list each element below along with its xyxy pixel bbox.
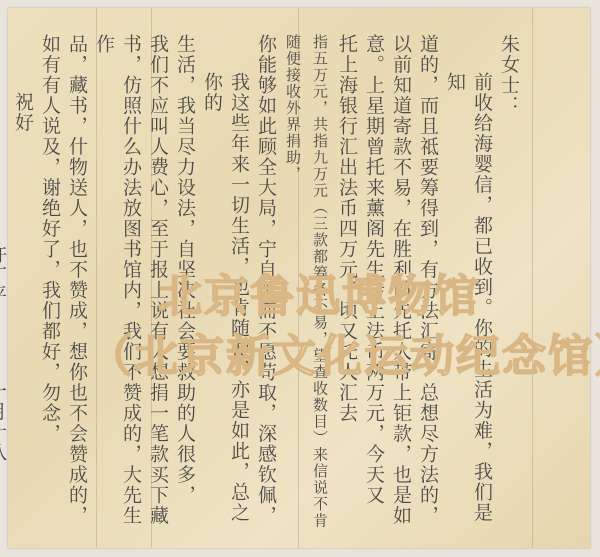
- letter-column: 品，藏书，什物送人，也不赞成，想你也不会赞成的，: [63, 34, 90, 534]
- paper-fold: [532, 8, 533, 548]
- watermark-line2: （北京新文化运动纪念馆）: [88, 320, 600, 384]
- watermark-line1: 北京鲁迅博物馆: [158, 260, 480, 324]
- letter-column: 如有有人说及，谢绝好了，我们都好，勿念，: [36, 34, 63, 534]
- signature-name: 许广平: [0, 244, 7, 306]
- letter-column: 书，仿照什么办法放图书馆内，我们不赞成的，大先生作: [90, 34, 144, 534]
- closing: 祝好: [9, 34, 36, 534]
- salutation: 朱女士：: [495, 34, 522, 534]
- signature: 许广平 一月十八: [0, 34, 9, 534]
- letter-paper: 朱女士： 前收给海婴信，都已收到。你的生活为难，我们是知 道的，而且祗要筹得到，…: [8, 8, 590, 548]
- date: 一月十八: [0, 381, 7, 463]
